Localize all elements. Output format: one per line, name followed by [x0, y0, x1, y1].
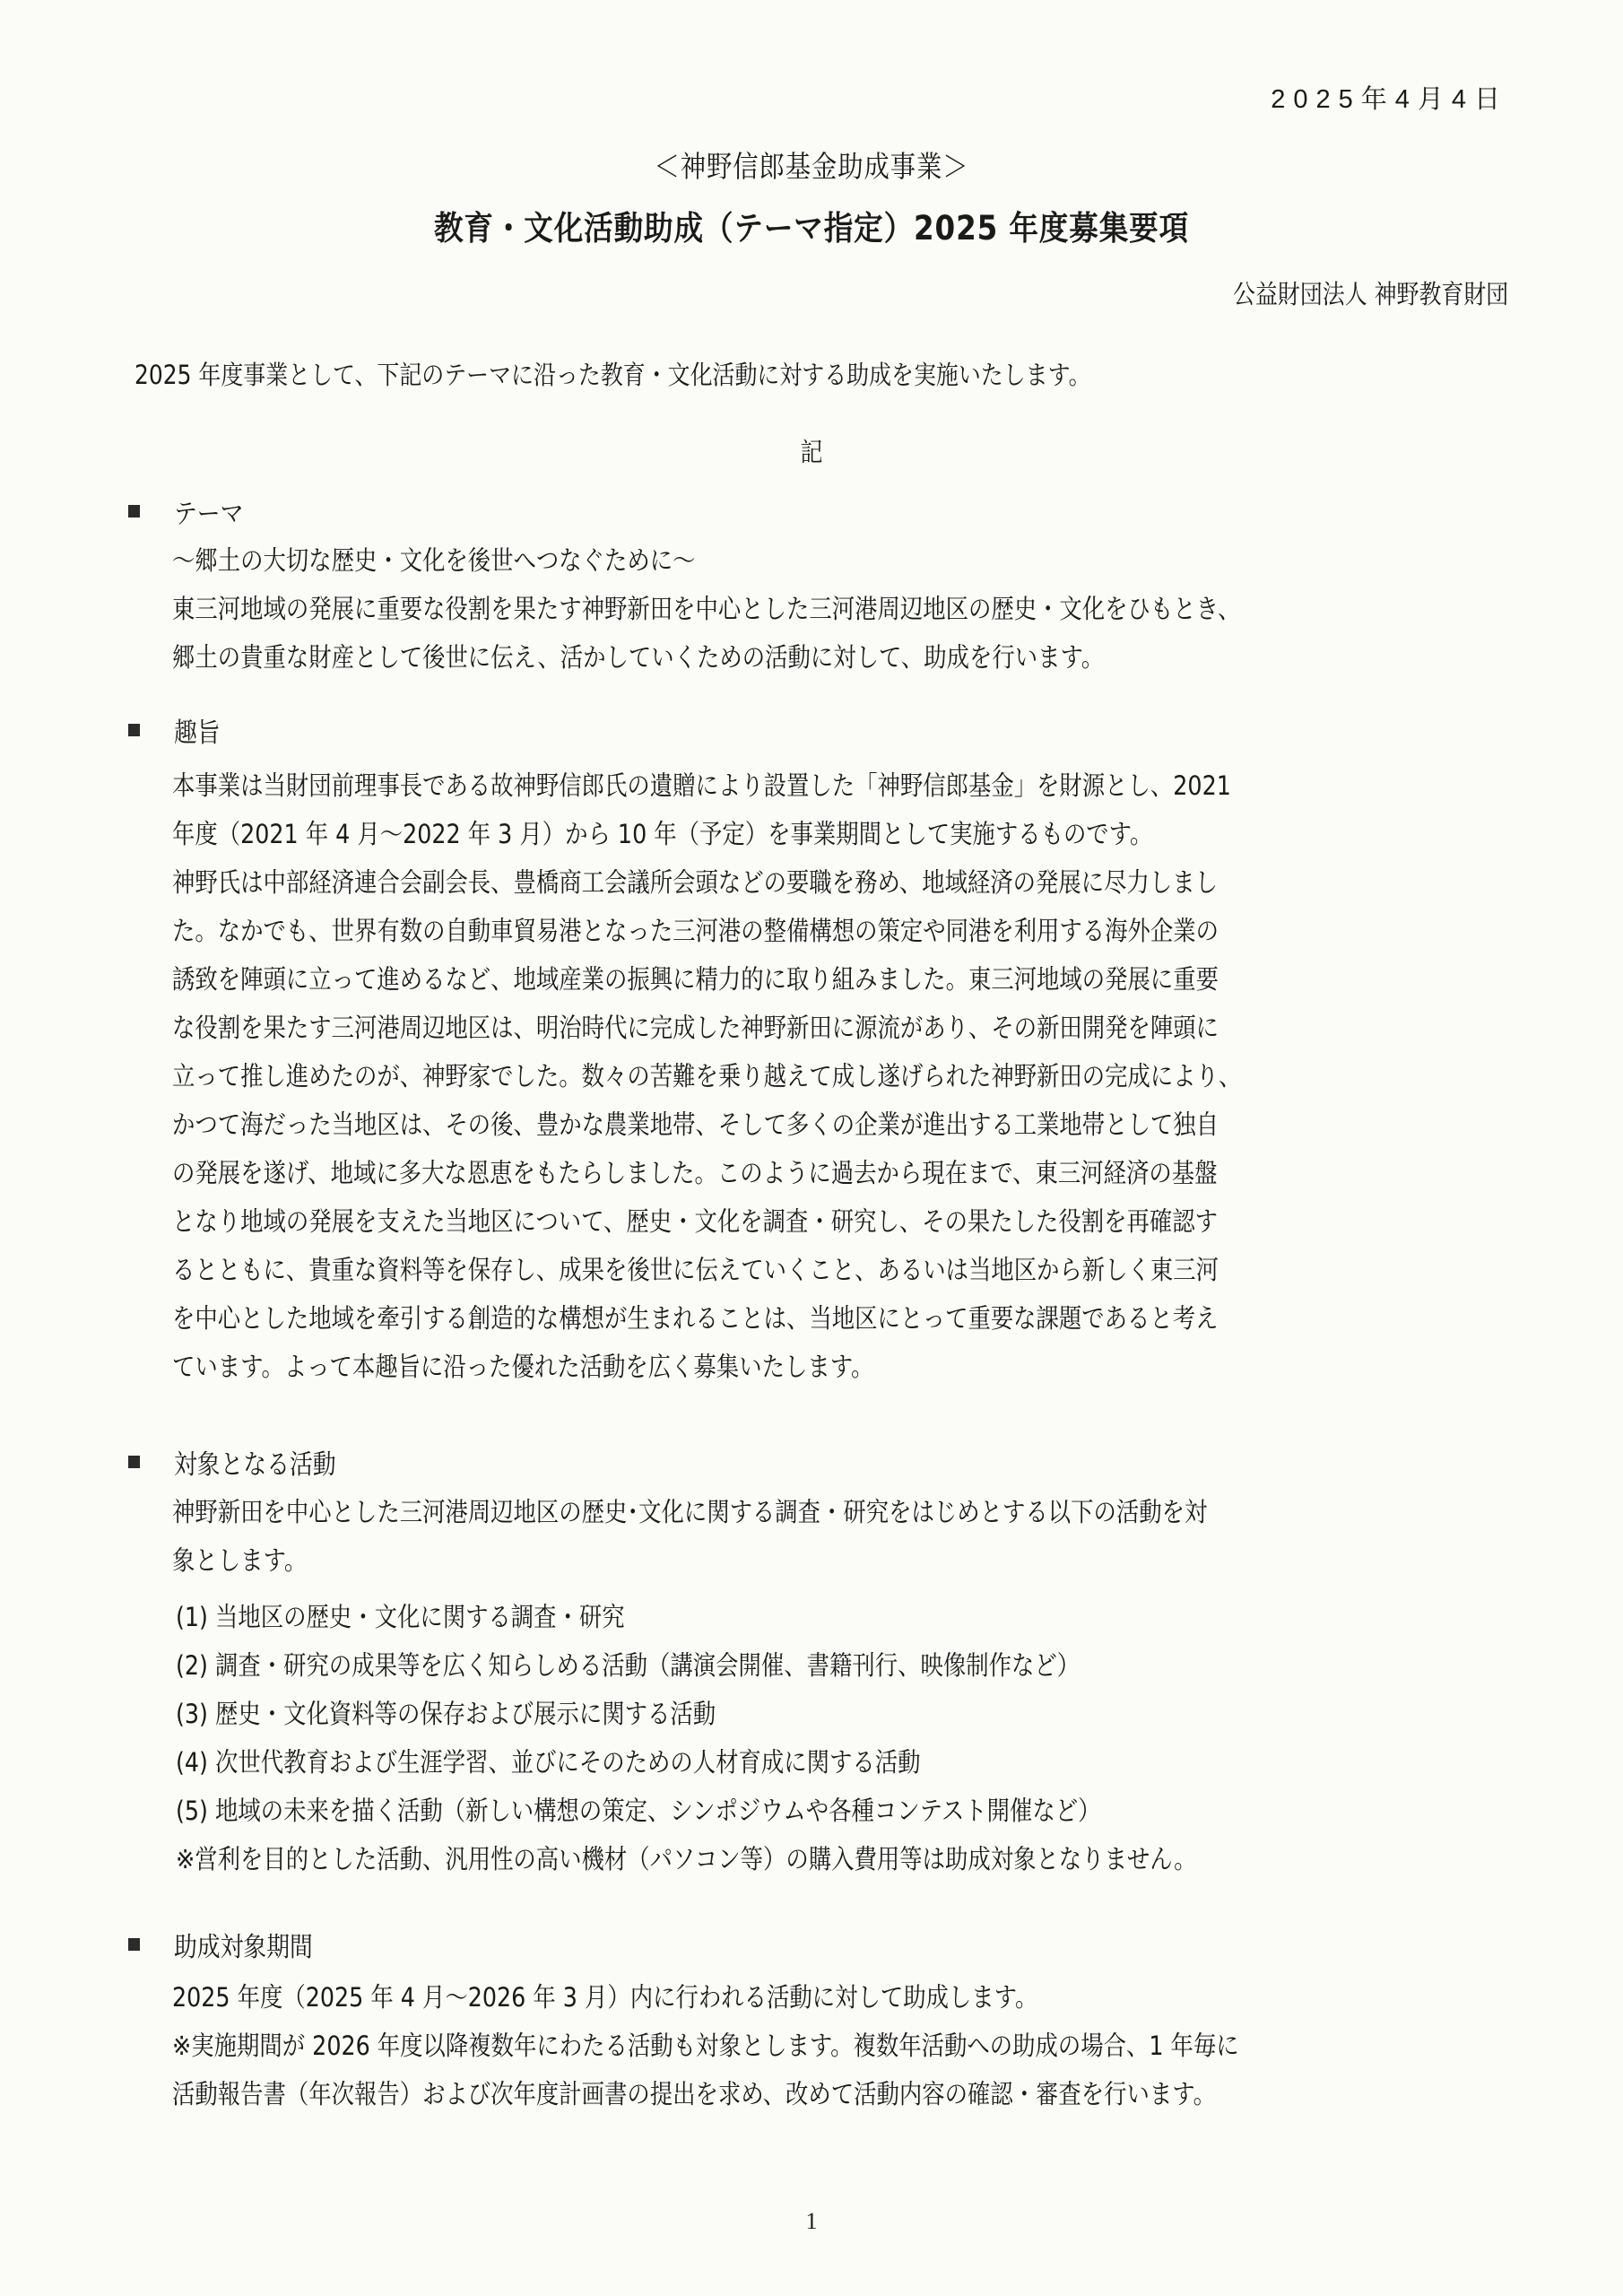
- purpose-line: となり地域の発展を支えた当地区について、歴史・文化を調査・研究し、その果たした役…: [172, 1201, 1218, 1239]
- activity-item: (3) 歴史・文化資料等の保存および展示に関する活動: [176, 1693, 716, 1731]
- square-bullet-icon: [128, 505, 140, 517]
- intro-paragraph: 2025 年度事業として、下記のテーマに沿った教育・文化活動に対する助成を実施い…: [135, 355, 1091, 392]
- fund-title: ＜神野信郎基金助成事業＞: [114, 143, 1510, 186]
- purpose-line: の発展を遂げ、地域に多大な恩恵をもたらしました。このように過去から現在まで、東三…: [172, 1152, 1218, 1190]
- purpose-line: るとともに、貴重な資料等を保存し、成果を後世に伝えていくこと、あるいは当地区から…: [172, 1249, 1219, 1287]
- purpose-line: かつて海だった当地区は、その後、豊かな農業地帯、そして多くの企業が進出する工業地…: [172, 1104, 1219, 1142]
- activity-note: ※営利を目的とした活動、汎用性の高い機材（パソコン等）の購入費用等は助成対象とな…: [176, 1839, 1197, 1876]
- purpose-line: ています。よって本趣旨に沿った優れた活動を広く募集いたします。: [172, 1346, 873, 1384]
- document-page: 2025年4月4日 ＜神野信郎基金助成事業＞ 教育・文化活動助成（テーマ指定）2…: [0, 0, 1623, 2296]
- purpose-line: 年度（2021 年 4 月～2022 年 3 月）から 10 年（予定）を事業期…: [172, 813, 1152, 851]
- section-heading-period: 助成対象期間: [128, 1925, 335, 1964]
- section-heading-purpose: 趣旨: [128, 710, 228, 750]
- target-activities-line: 神野新田を中心とした三河港周辺地区の歴史･文化に関する調査・研究をはじめとする以…: [172, 1492, 1207, 1529]
- section-title: テーマ: [174, 491, 243, 531]
- ki-heading: 記: [114, 432, 1510, 469]
- document-date: 2025年4月4日: [1271, 79, 1508, 116]
- page-title: 教育・文化活動助成（テーマ指定）2025 年度募集要項: [98, 201, 1526, 249]
- square-bullet-icon: [128, 1456, 140, 1468]
- purpose-line: を中心とした地域を牽引する創造的な構想が生まれることは、当地区にとって重要な課題…: [172, 1298, 1219, 1335]
- square-bullet-icon: [128, 1938, 140, 1951]
- square-bullet-icon: [128, 724, 140, 736]
- activity-item: (2) 調査・研究の成果等を広く知らしめる活動（講演会開催、書籍刊行、映像制作な…: [176, 1645, 1080, 1683]
- section-heading-target-activities: 対象となる活動: [128, 1442, 362, 1482]
- purpose-line: 誘致を陣頭に立って進めるなど、地域産業の振興に精力的に取り組みました。東三河地域…: [172, 959, 1219, 996]
- page-number: 1: [0, 2208, 1623, 2235]
- activity-item: (4) 次世代教育および生涯学習、並びにそのための人材育成に関する活動: [176, 1742, 920, 1779]
- theme-line: 郷土の貴重な財産として後世に伝え、活かしていくための活動に対して、助成を行います…: [172, 637, 1104, 674]
- activity-item: (5) 地域の未来を描く活動（新しい構想の策定、シンポジウムや各種コンテスト開催…: [176, 1790, 1101, 1828]
- purpose-line: 立って推し進めたのが、神野家でした。数々の苦難を乗り越えて成し遂げられた神野新田…: [172, 1056, 1241, 1093]
- section-title: 対象となる活動: [174, 1442, 336, 1482]
- section-title: 助成対象期間: [174, 1925, 313, 1964]
- issuer-name: 公益財団法人 神野教育財団: [1233, 274, 1508, 311]
- period-line: 活動報告書（年次報告）および次年度計画書の提出を求め、改めて活動内容の確認・審査…: [172, 2074, 1216, 2111]
- period-line: 2025 年度（2025 年 4 月～2026 年 3 月）内に行われる活動に対…: [172, 1977, 1037, 2014]
- purpose-line: た。なかでも、世界有数の自動車貿易港となった三河港の整備構想の策定や同港を利用す…: [172, 910, 1219, 948]
- period-line: ※実施期間が 2026 年度以降複数年にわたる活動も対象とします。複数年活動への…: [172, 2025, 1239, 2063]
- purpose-line: 神野氏は中部経済連合会副会長、豊橋商工会議所会頭などの要職を務め、地域経済の発展…: [172, 862, 1218, 900]
- target-activities-line: 象とします。: [172, 1540, 307, 1578]
- section-title: 趣旨: [174, 710, 221, 750]
- purpose-line: 本事業は当財団前理事長である故神野信郎氏の遺贈により設置した「神野信郎基金」を財…: [172, 765, 1231, 803]
- theme-line: 東三河地域の発展に重要な役割を果たす神野新田を中心とした三河港周辺地区の歴史・文…: [172, 588, 1240, 626]
- purpose-line: な役割を果たす三河港周辺地区は、明治時代に完成した神野新田に源流があり、その新田…: [172, 1007, 1219, 1045]
- theme-line: ～郷土の大切な歴史・文化を後世へつなぐために～: [172, 540, 696, 578]
- section-heading-theme: テーマ: [128, 491, 255, 531]
- activity-item: (1) 当地区の歴史・文化に関する調査・研究: [176, 1596, 625, 1634]
